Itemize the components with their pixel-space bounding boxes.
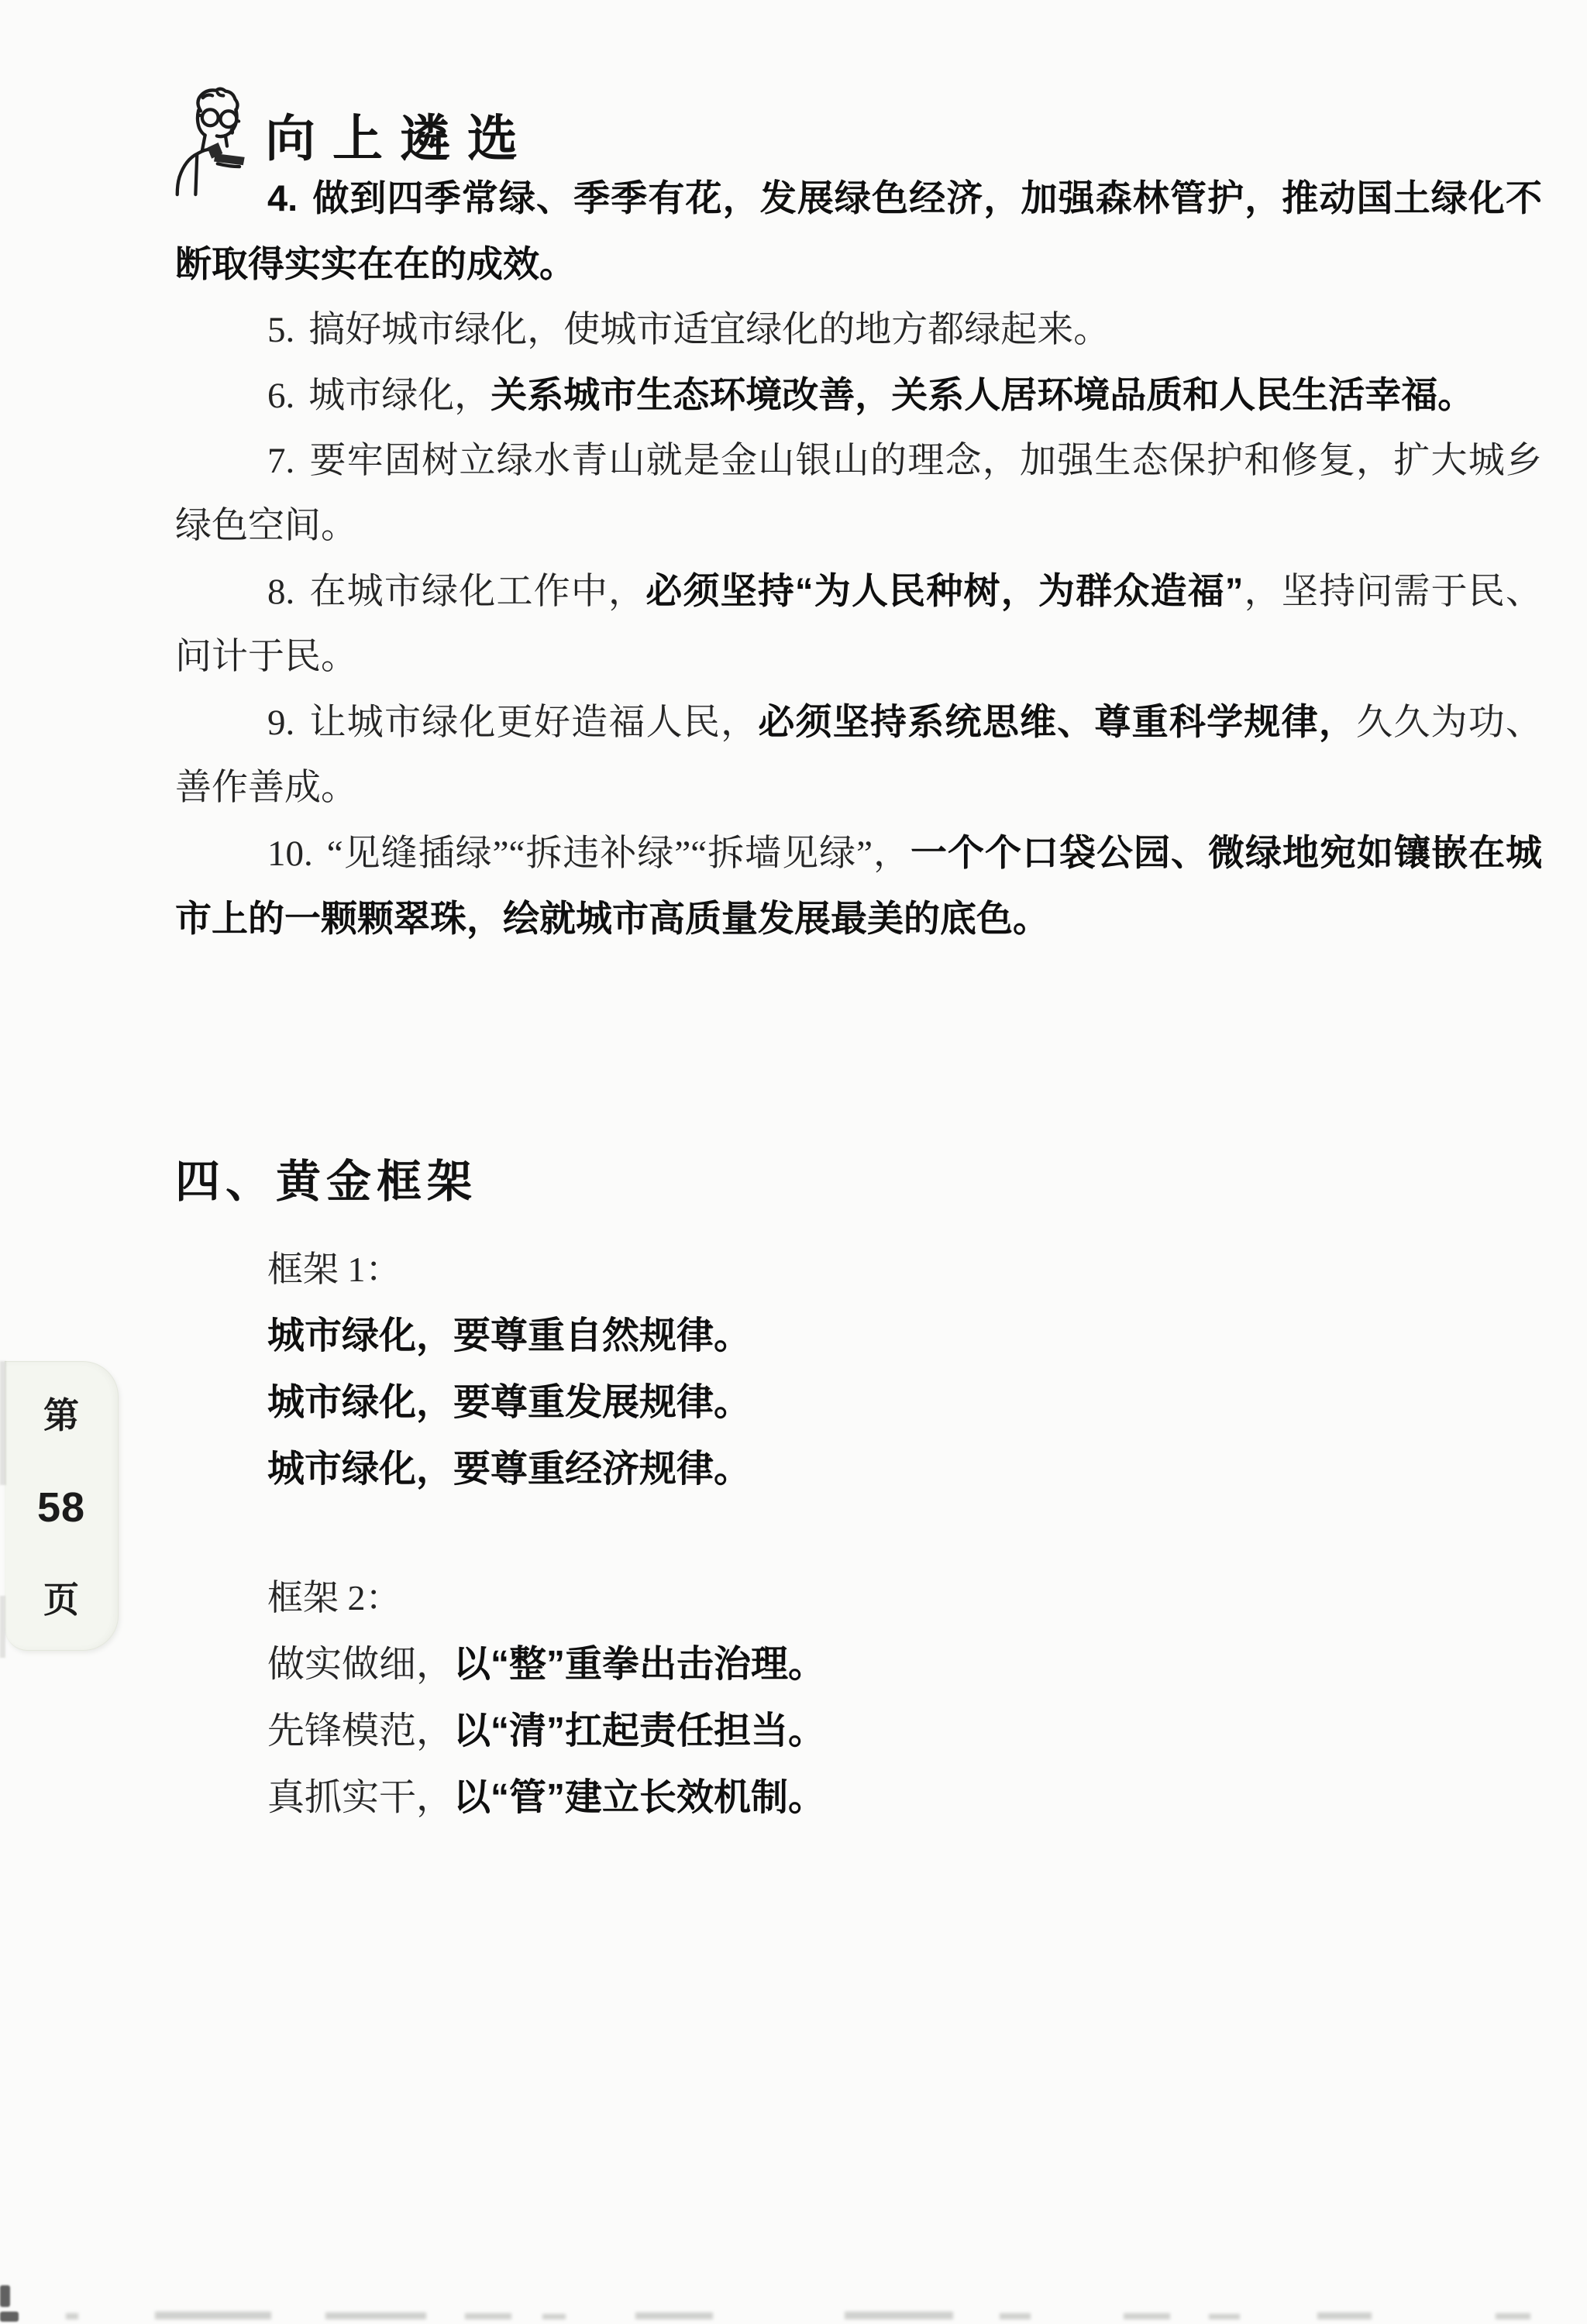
scan-artifact xyxy=(635,2312,713,2319)
list-item: 8.在城市绿化工作中，必须坚持“为人民种树，为群众造福”，坚持问需于民、问计于民… xyxy=(175,559,1542,689)
scan-artifact xyxy=(1124,2313,1170,2319)
item-number: 5. xyxy=(267,310,294,350)
scan-artifact xyxy=(325,2312,426,2319)
page-number-tab: 第 58 页 xyxy=(5,1361,119,1651)
frame-1-line: 城市绿化，要尊重经济规律。 xyxy=(267,1436,1368,1503)
frame-block-2: 框架 2： 做实做细，以“整”重拳出击治理。 先锋模范，以“清”扛起责任担当。 … xyxy=(267,1565,1368,1831)
scan-artifact xyxy=(1496,2313,1530,2319)
list-item: 6.城市绿化，关系城市生态环境改善，关系人居环境品质和人民生活幸福。 xyxy=(175,363,1542,428)
list-item: 5.搞好城市绿化，使城市适宜绿化的地方都绿起来。 xyxy=(175,297,1542,363)
list-item: 9.让城市绿化更好造福人民，必须坚持系统思维、尊重科学规律，久久为功、善作善成。 xyxy=(175,689,1542,820)
item-number: 6. xyxy=(267,376,294,416)
page-tab-suffix: 页 xyxy=(43,1582,79,1618)
frame-2-label: 框架 2： xyxy=(267,1565,1368,1631)
item-number: 10. xyxy=(267,834,313,874)
scan-artifact xyxy=(0,2312,19,2322)
item-number: 4. xyxy=(267,177,298,218)
scanned-document-page: 向上遴选 4.做到四季常绿、季季有花，发展绿色经济，加强森林管护，推动国土绿化不… xyxy=(0,0,1587,2324)
scan-artifact xyxy=(465,2313,511,2319)
frame-2-line: 做实做细，以“整”重拳出击治理。 xyxy=(267,1631,1368,1698)
scan-artifact xyxy=(0,1361,6,1485)
scan-artifact xyxy=(0,1596,5,1658)
scan-artifact xyxy=(0,2285,10,2307)
section-title-golden-framework: 四、黄金框架 xyxy=(175,1145,477,1210)
scan-artifact xyxy=(542,2314,566,2319)
page-tab-number: 58 xyxy=(37,1487,85,1528)
frame-2-line: 先锋模范，以“清”扛起责任担当。 xyxy=(267,1698,1368,1765)
scan-artifact xyxy=(845,2312,953,2319)
item-number: 9. xyxy=(267,703,294,743)
page-tab-prefix: 第 xyxy=(43,1397,79,1433)
list-item: 4.做到四季常绿、季季有花，发展绿色经济，加强森林管护，推动国土绿化不断取得实实… xyxy=(175,166,1542,297)
frame-1-line: 城市绿化，要尊重自然规律。 xyxy=(267,1303,1368,1370)
scan-artifact xyxy=(1317,2312,1372,2319)
scan-artifact xyxy=(155,2312,271,2319)
excerpt-list: 4.做到四季常绿、季季有花，发展绿色经济，加强森林管护，推动国土绿化不断取得实实… xyxy=(175,166,1542,952)
scan-artifact xyxy=(66,2313,78,2319)
list-item: 10.“见缝插绿”“拆违补绿”“拆墙见绿”，一个个口袋公园、微绿地宛如镶嵌在城市… xyxy=(175,820,1542,952)
frame-2-line: 真抓实干，以“管”建立长效机制。 xyxy=(267,1765,1368,1831)
scan-artifact xyxy=(1000,2313,1031,2319)
scan-artifact xyxy=(1209,2314,1240,2319)
frame-1-line: 城市绿化，要尊重发展规律。 xyxy=(267,1370,1368,1436)
frame-1-label: 框架 1： xyxy=(267,1236,1368,1303)
page-header-title: 向上遴选 xyxy=(265,98,535,170)
item-number: 7. xyxy=(267,441,294,481)
frame-block-1: 框架 1： 城市绿化，要尊重自然规律。 城市绿化，要尊重发展规律。 城市绿化，要… xyxy=(267,1236,1368,1503)
item-number: 8. xyxy=(267,572,294,612)
list-item: 7.要牢固树立绿水青山就是金山银山的理念，加强生态保护和修复，扩大城乡绿色空间。 xyxy=(175,428,1542,559)
